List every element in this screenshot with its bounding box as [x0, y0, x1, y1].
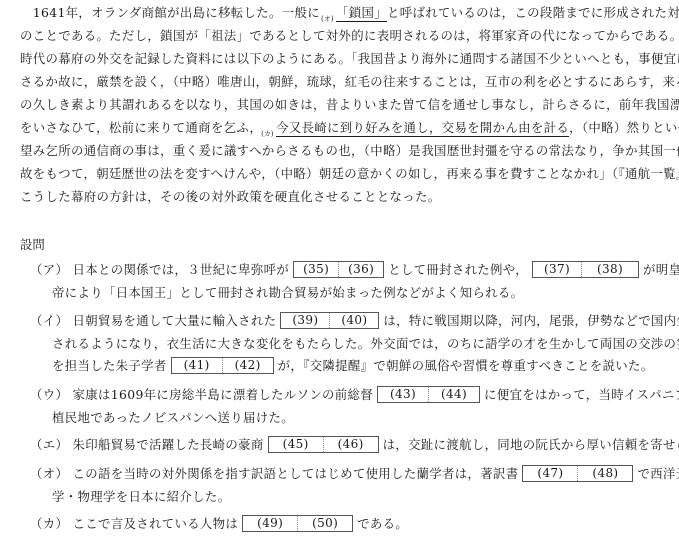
- question-label: （ア）: [30, 262, 68, 277]
- answer-box-41-42[interactable]: (41)(42): [171, 357, 274, 374]
- passage-line-9: こうした幕府の方針は，その後の対外政策を硬直化させることとなった。: [20, 189, 440, 205]
- question-a-line-2: 帝により「日本国王」として冊封され勘合貿易が始まった例などがよく知られる。: [52, 285, 523, 301]
- question-i-line-3: を担当した朱子学者(41)(42)が，『交隣提醒』で朝鮮の風俗や習慣を尊重すべき…: [52, 358, 653, 375]
- answer-box-37-38[interactable]: (37)(38): [532, 261, 639, 278]
- answer-box-35-36[interactable]: (35)(36): [293, 261, 384, 278]
- question-u-line-1: （ウ） 家康は1609年に房総半島に漂着したルソンの前総督(43)(44)に便宜…: [30, 387, 679, 404]
- answer-box-43-44[interactable]: (43)(44): [377, 386, 480, 403]
- question-u-line-2: 植民地であったノビスパンへ送り届けた。: [52, 410, 294, 426]
- answer-box-39-40[interactable]: (39)(40): [280, 312, 379, 329]
- passage-line-5: の久しき素より其謂れあるを以なり，其国の如きは，昔よりいまた曽て信を通せし事なし…: [20, 97, 679, 113]
- question-e-line-1: （エ） 朱印船貿易で活躍した長崎の豪商(45)(46)は，交趾に渡航し，同地の阮…: [30, 437, 679, 454]
- question-i-line-2: されるようになり，衣生活に大きな変化をもたらした。外交面では，のちに語学の才を生…: [52, 336, 679, 352]
- answer-box-49-50[interactable]: (49)(50): [242, 515, 353, 532]
- question-label: （ウ）: [30, 387, 68, 402]
- answer-box-45-46[interactable]: (45)(46): [268, 436, 379, 453]
- question-o-line-1: （オ） この語を当時の対外関係を指す訳語としてはじめて使用した蘭学者は，著訳書(…: [30, 466, 679, 483]
- question-a-line-1: （ア） 日本との関係では，３世紀に卑弥呼が(35)(36)として冊封された例や，…: [30, 262, 679, 279]
- question-o-line-2: 学・物理学を日本に紹介した。: [52, 489, 230, 505]
- underline-marker-o: (オ): [321, 11, 333, 27]
- passage-line-4: さるか故に，厳禁を設く，（中略）唯唐山，朝鮮，琉球，紅毛の往来することは，互市の…: [20, 74, 679, 90]
- passage-line-3: 時代の幕府の外交を記録した資料には以下のようにある。「我国昔より海外に通問する諸…: [20, 51, 679, 67]
- question-ka-line-1: （カ） ここで言及されている人物は(49)(50)である。: [30, 516, 408, 533]
- passage-line-6: をいさなひて，松前に来りて通商を乞ふ，(カ)今又長崎に到り好みを通し，交易を開か…: [20, 120, 679, 137]
- question-label: （オ）: [30, 466, 68, 481]
- underlined-term-ka: (カ)今又長崎に到り好みを通し，交易を開かん由を計る: [276, 120, 569, 137]
- passage-line-2: のことである。ただし，鎖国が「祖法」であるとして対外的に表明されるのは，将軍家斉…: [20, 28, 679, 44]
- passage-line-7: 望み乞所の通信商の事は，重く爰に議すへからさるもの也，（中略）是我国歴世封彊を守…: [20, 143, 679, 159]
- underline-marker-ka: (カ): [261, 126, 273, 142]
- question-label: （カ）: [30, 516, 68, 531]
- passage-line-1: 1641年，オランダ商館が出島に移転した。一般に(オ)「鎖国」と呼ばれているのは…: [20, 5, 679, 22]
- answer-box-47-48[interactable]: (47)(48): [522, 465, 633, 482]
- question-label: （イ）: [30, 313, 68, 328]
- question-i-line-1: （イ） 日朝貿易を通して大量に輸入された(39)(40)は，特に戦国期以降，河内…: [30, 313, 679, 330]
- passage-line-8: 故をもつて，朝廷歴世の法を変すへけんや，（中略）朝廷の意かくの如し，再来る事を費…: [20, 166, 679, 182]
- question-label: （エ）: [30, 437, 68, 452]
- questions-heading: 設問: [20, 235, 45, 253]
- underlined-term-o: (オ)「鎖国」: [336, 5, 387, 22]
